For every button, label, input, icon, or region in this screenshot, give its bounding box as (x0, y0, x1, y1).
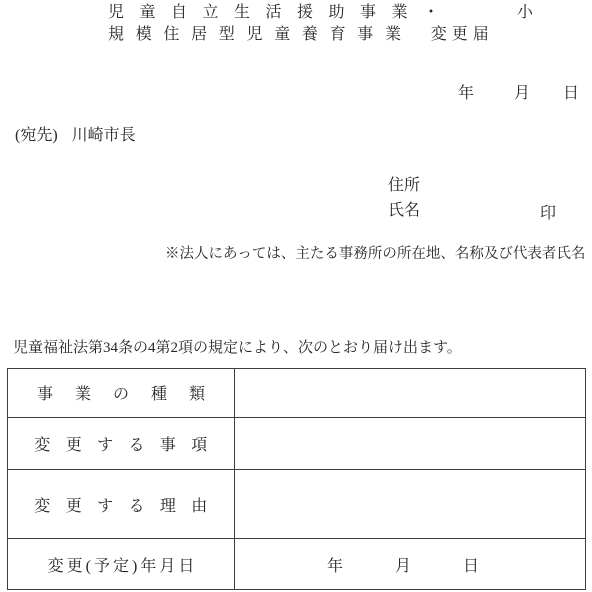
form-title-line2: 規模住居型児童養育事業 変更届 (108, 25, 494, 45)
day-label: 日 (563, 84, 579, 104)
recipient-name: 川崎市長 (72, 127, 136, 144)
changed-items-value (235, 418, 585, 470)
corporation-note: ※法人にあっては、主たる事務所の所在地、名称及び代表者氏名 (165, 245, 585, 263)
form-title-line1: 児童自立生活援助事業・ 小 (108, 3, 455, 23)
business-type-value (235, 369, 585, 417)
change-date-month-label: 月 (395, 553, 411, 576)
legal-statement: 児童福祉法第34条の4第2項の規定により、次のとおり届け出ます。 (13, 339, 462, 358)
month-label: 月 (514, 84, 530, 104)
form-title-line2-tail: 変更届 (431, 26, 494, 43)
change-notification-form: 児童自立生活援助事業・ 小 規模住居型児童養育事業 変更届 年 月 日 (宛先)… (0, 0, 592, 592)
recipient-prefix: (宛先) (15, 127, 58, 144)
table-row-changed-items: 変更する事項 (8, 418, 585, 471)
name-label: 氏名 (388, 201, 420, 221)
address-label: 住所 (388, 176, 420, 196)
table-row-change-reason: 変更する理由 (8, 470, 585, 539)
changed-items-label: 変更する事項 (8, 418, 235, 470)
change-date-label: 変更(予定)年月日 (8, 539, 235, 589)
change-reason-value (235, 470, 585, 538)
form-title-line2-main: 規模住居型児童養育事業 (108, 26, 413, 43)
table-row-change-date: 変更(予定)年月日 年 月 日 (8, 539, 585, 589)
table-row-business-type: 事業の種類 (8, 369, 585, 418)
recipient-line: (宛先) 川崎市長 (15, 126, 136, 146)
change-date-year-label: 年 (327, 553, 343, 576)
change-date-day-label: 日 (463, 553, 479, 576)
submission-date-line: 年 月 日 (458, 84, 579, 104)
change-details-table: 事業の種類 変更する事項 変更する理由 変更(予定)年月日 年 月 日 (7, 368, 586, 590)
form-title-line1-main: 児童自立生活援助事業・ (108, 4, 455, 21)
form-title-line1-tail: 小 (517, 3, 533, 23)
change-date-value: 年 月 日 (235, 539, 585, 589)
business-type-label: 事業の種類 (8, 369, 235, 417)
seal-label: 印 (540, 204, 556, 224)
year-label: 年 (458, 84, 474, 104)
change-reason-label: 変更する理由 (8, 470, 235, 538)
